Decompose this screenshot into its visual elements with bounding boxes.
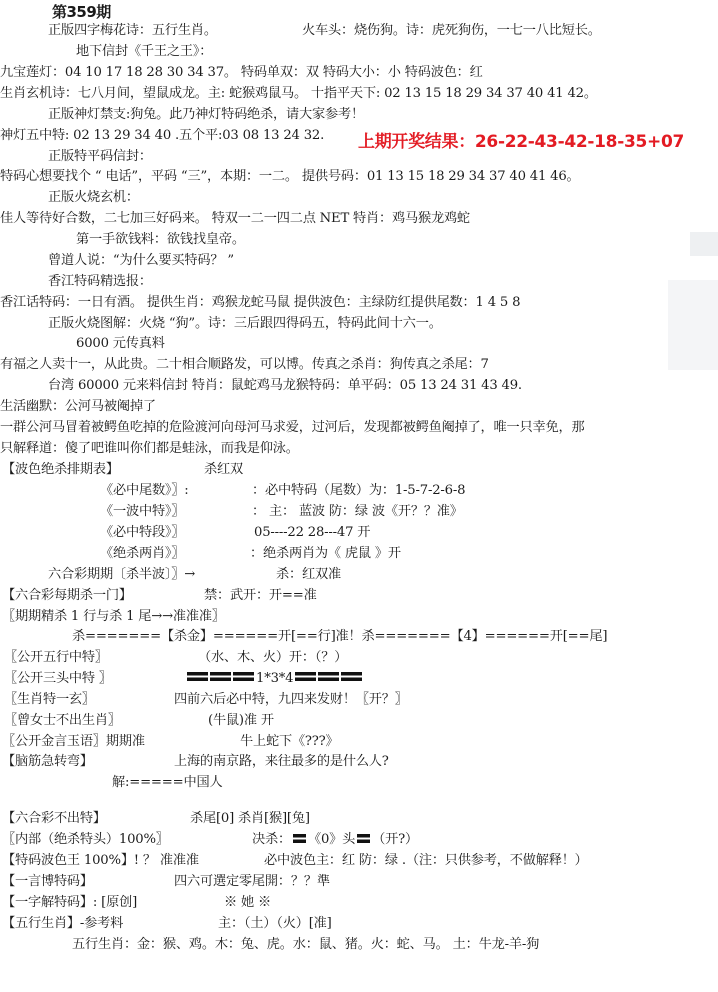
lucky-person: 有福之人卖十一，从此贵。二十相合顺路发，可以博。传真之杀肖：狗传真之杀尾：7 — [0, 356, 489, 374]
last-result: 上期开奖结果：26-22-43-42-18-35+07 — [358, 127, 684, 152]
separator-bar — [210, 672, 231, 681]
three-head-value: 1*3*4 — [187, 670, 364, 688]
separator-bar — [233, 672, 254, 681]
color-king-value: 必中波色主：红 防：绿 .（注：只供参考，不做解释！） — [264, 852, 588, 870]
humor-title: 生活幽默：公河马被阉掉了 — [0, 398, 156, 416]
golden-words-label: 〖公开金言玉语〗期期准 — [2, 733, 145, 751]
separator-bar — [295, 672, 316, 681]
fax-6000: 6000 元传真料 — [76, 335, 165, 353]
color-king-label: 【特码波色王 100%】! ？ 准准准 — [2, 852, 199, 870]
golden-words-value: 牛上蛇下《???》 — [240, 733, 339, 751]
equals-mark-icon — [357, 834, 370, 843]
three-head-label: 〖公开三头中特 〗 — [4, 670, 112, 688]
five-element-value: （水、木、火）开：（？） — [198, 649, 347, 667]
separator-bar — [341, 672, 362, 681]
no-special-label: 【六合彩不出特】 — [2, 810, 106, 828]
daoist-says: 曾道人说：“为什么要买特码？ ” — [48, 252, 234, 270]
brain-teaser-label: 【脑筋急转弯】 — [2, 753, 93, 771]
xiangjiang-code: 香江话特码：一日有酒。 提供生肖：鸡猴龙蛇马鼠 提供波色：主绿防红提供尾数：1 … — [0, 294, 520, 312]
kill-element-tail: 〖期期精杀 1 行与杀 1 尾→→准准准〗 — [2, 608, 225, 626]
separator-bar — [187, 672, 208, 681]
last-result-label: 上期开奖结果： — [358, 132, 475, 152]
brain-teaser-answer: 解:=====中国人 — [112, 774, 222, 792]
five-zodiac-detail: 五行生肖：金：猴、鸡。木：兔、虎。水：鼠、猪。火：蛇、马。 土：牛龙-羊-狗 — [72, 936, 539, 954]
ms-zeng-value: (牛鼠)准 开 — [208, 712, 274, 730]
table-row-label: 《必中特段》〗 — [100, 524, 184, 542]
table-sub-value: 杀：红双准 — [276, 566, 341, 584]
last-result-numbers: 26-22-43-42-18-35+07 — [475, 132, 684, 152]
table-header: 【波色绝杀排期表】 — [2, 461, 119, 479]
humor-body-1: 一群公河马冒着被鳄鱼吃掉的危险渡河向母河马求爱，过河后，发现都被鳄鱼阉掉了，唯一… — [0, 419, 584, 437]
table-row-value: ：绝杀两肖为《 虎鼠 》开 — [250, 545, 401, 563]
brain-teaser-value: 上海的南京路，来往最多的是什么人? — [174, 753, 389, 771]
beauty-wait: 佳人等待好合数，二七加三好码来。 特双一二一四二点 NET 特肖：鸡马猴龙鸡蛇 — [0, 210, 470, 228]
background-watermark — [690, 232, 718, 256]
kill-one-gate-label: 【六合彩每期杀一门】 — [2, 587, 132, 605]
zodiac-mystery-label: 〖生肖特一玄〗 — [4, 691, 95, 709]
table-row-value: ：必中特码（尾数）为：1-5-7-2-6-8 — [252, 482, 465, 500]
five-zodiac-label: 【五行生肖】-参考料 — [2, 915, 123, 933]
plum-poem: 正版四字梅花诗：五行生肖。 — [48, 22, 217, 40]
ms-zeng-label: 〖曾女士不出生肖〗 — [4, 712, 121, 730]
table-row-value: ： 主： 蓝波 防：绿 波《开？？准》 — [252, 503, 463, 521]
five-zodiac-value: 主：（土）（火）[准] — [218, 915, 332, 933]
special-envelope: 正版特平码信封： — [48, 148, 152, 166]
first-hand: 第一手欲钱料：欲钱找皇帝。 — [76, 231, 245, 249]
fire-mystery: 正版火烧玄机： — [48, 189, 139, 207]
no-special-value: 杀尾[0] 杀肖[猴][兔] — [190, 810, 310, 828]
one-char-label: 【一字解特码】: [原创] — [2, 894, 137, 912]
internal-kill-label: 〖内部（绝杀特头）100%〗 — [2, 831, 169, 849]
taiwan-envelope: 台湾 60000 元来料信封 特肖：鼠蛇鸡马龙猴特码：单平码：05 13 24 … — [48, 377, 522, 395]
one-char-value: ※ 她 ※ — [224, 894, 271, 912]
table-row-label: 《必中尾数》〗: — [100, 482, 189, 500]
equals-mark-icon — [293, 834, 306, 843]
one-word-bet-value: 四六可選定零尾開：？？準 — [174, 873, 330, 891]
kill-gold-line: 杀=======【杀金】======开[==行]准！杀=======【4】===… — [72, 628, 607, 646]
issue-title: 第359期 — [52, 3, 111, 21]
internal-kill-value: 决杀：《0》头（开?） — [252, 831, 418, 849]
nine-lamp: 九宝莲灯：04 10 17 18 28 30 34 37。 特码单双：双 特码大… — [0, 64, 483, 82]
zodiac-poem: 生肖玄机诗：七八月间，望鼠成龙。主: 蛇猴鸡鼠马。 十指平天下: 02 13 1… — [0, 85, 597, 103]
table-header-value: 杀红双 — [204, 461, 243, 479]
five-element-label: 〖公开五行中特〗 — [4, 649, 108, 667]
phone-hint: 特码心想要找个 “ 电话”，平码 “三”，本期：一二。 提供号码：01 13 1… — [0, 168, 580, 186]
table-row-label: 《一波中特》〗 — [100, 503, 184, 521]
fire-diagram: 正版火烧图解：火烧 “狗”。诗：三后跟四得码五，特码此间十六一。 — [48, 315, 442, 333]
table-row-label: 《绝杀两肖》〗 — [100, 545, 184, 563]
xiangjiang-select: 香江特码精选报： — [48, 273, 152, 291]
lamp-five: 神灯五中特: 02 13 29 34 40 .五个平:03 08 13 24 3… — [0, 127, 324, 145]
humor-body-2: 只解释道：傻了吧谁叫你们都是蛙泳，而我是仰泳。 — [0, 440, 299, 458]
table-sub-label: 六合彩期期〔杀半波〕〗→ — [48, 566, 195, 584]
separator-bar — [318, 672, 339, 681]
table-row-value: 05----22 28---47 开 — [254, 524, 370, 542]
train-head: 火车头：烧伤狗。诗：虎死狗伤，一七一八比短长。 — [302, 22, 601, 40]
zodiac-mystery-value: 四前六后必中特，九四来发财！〖开？〗 — [174, 691, 408, 709]
background-watermark — [668, 280, 718, 370]
one-word-bet-label: 【一言博特码】 — [2, 873, 93, 891]
underground-envelope: 地下信封《千王之王》： — [76, 43, 212, 61]
lamp-ban: 正版神灯禁支:狗兔。此乃神灯特码绝杀，请大家参考！ — [48, 106, 364, 124]
kill-one-gate-value: 禁：武开：开==准 — [204, 587, 317, 605]
